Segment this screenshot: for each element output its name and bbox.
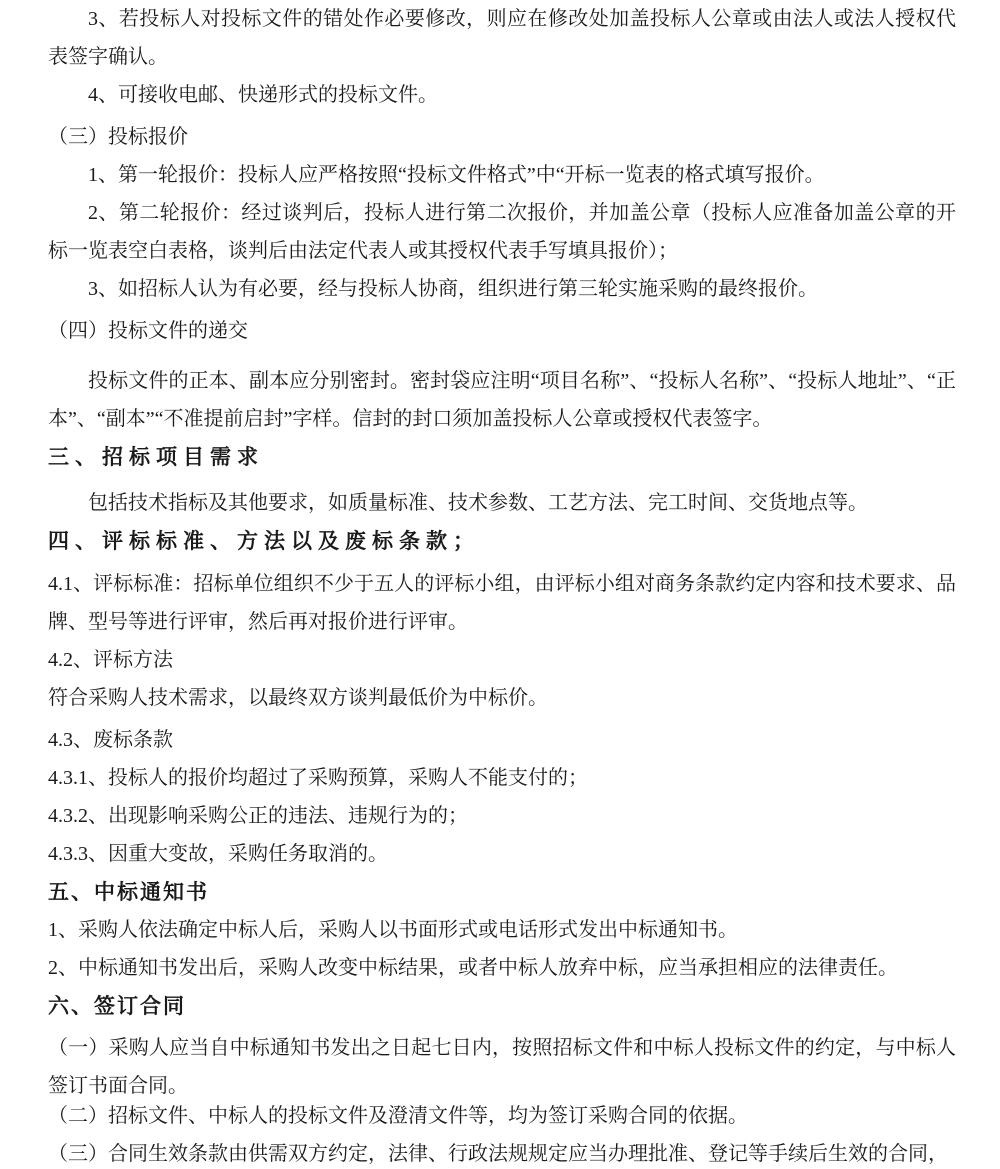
paragraph: 4.3.3、因重大变故，采购任务取消的。 xyxy=(48,835,956,873)
paragraph: 1、采购人依法确定中标人后，采购人以书面形式或电话形式发出中标通知书。 xyxy=(48,911,956,949)
paragraph: 4.1、评标标准：招标单位组织不少于五人的评标小组，由评标小组对商务条款约定内容… xyxy=(48,565,956,641)
paragraph: 4、可接收电邮、快递形式的投标文件。 xyxy=(48,76,956,114)
paragraph: 包括技术指标及其他要求，如质量标准、技术参数、工艺方法、完工时间、交货地点等。 xyxy=(48,484,956,522)
paragraph: 1、第一轮报价：投标人应严格按照“投标文件格式”中“开标一览表的格式填写报价。 xyxy=(48,156,956,194)
paragraph: 符合采购人技术需求，以最终双方谈判最低价为中标价。 xyxy=(48,679,956,717)
section-heading: 三、招标项目需求 xyxy=(48,438,956,476)
paragraph: 4.3.2、出现影响采购公正的违法、违规行为的； xyxy=(48,797,956,835)
document-page: 3、若投标人对投标文件的错处作必要修改，则应在修改处加盖投标人公章或由法人或法人… xyxy=(0,0,1000,1169)
section-heading: 五、中标通知书 xyxy=(48,873,956,911)
section-heading: 六、签订合同 xyxy=(48,987,956,1025)
paragraph: 4.3、废标条款 xyxy=(48,721,956,759)
paragraph: （三）合同生效条款由供需双方约定，法律、行政法规规定应当办理批准、登记等手续后生… xyxy=(48,1135,956,1169)
paragraph: 4.3.1、投标人的报价均超过了采购预算，采购人不能支付的； xyxy=(48,759,956,797)
paragraph: 3、如招标人认为有必要，经与投标人协商，组织进行第三轮实施采购的最终报价。 xyxy=(48,270,956,308)
paragraph: （四）投标文件的递交 xyxy=(48,312,956,350)
paragraph: （二）招标文件、中标人的投标文件及澄清文件等，均为签订采购合同的依据。 xyxy=(48,1097,956,1135)
paragraph: 4.2、评标方法 xyxy=(48,641,956,679)
paragraph: 投标文件的正本、副本应分别密封。密封袋应注明“项目名称”、“投标人名称”、“投标… xyxy=(48,362,956,438)
paragraph: （一）采购人应当自中标通知书发出之日起七日内，按照招标文件和中标人投标文件的约定… xyxy=(48,1029,956,1105)
paragraph: 2、中标通知书发出后，采购人改变中标结果，或者中标人放弃中标，应当承担相应的法律… xyxy=(48,949,956,987)
paragraph: 3、若投标人对投标文件的错处作必要修改，则应在修改处加盖投标人公章或由法人或法人… xyxy=(48,0,956,76)
section-heading: 四、评标标准、方法以及废标条款； xyxy=(48,522,956,560)
paragraph: 2、第二轮报价：经过谈判后，投标人进行第二次报价，并加盖公章（投标人应准备加盖公… xyxy=(48,194,956,270)
paragraph: （三）投标报价 xyxy=(48,118,956,156)
